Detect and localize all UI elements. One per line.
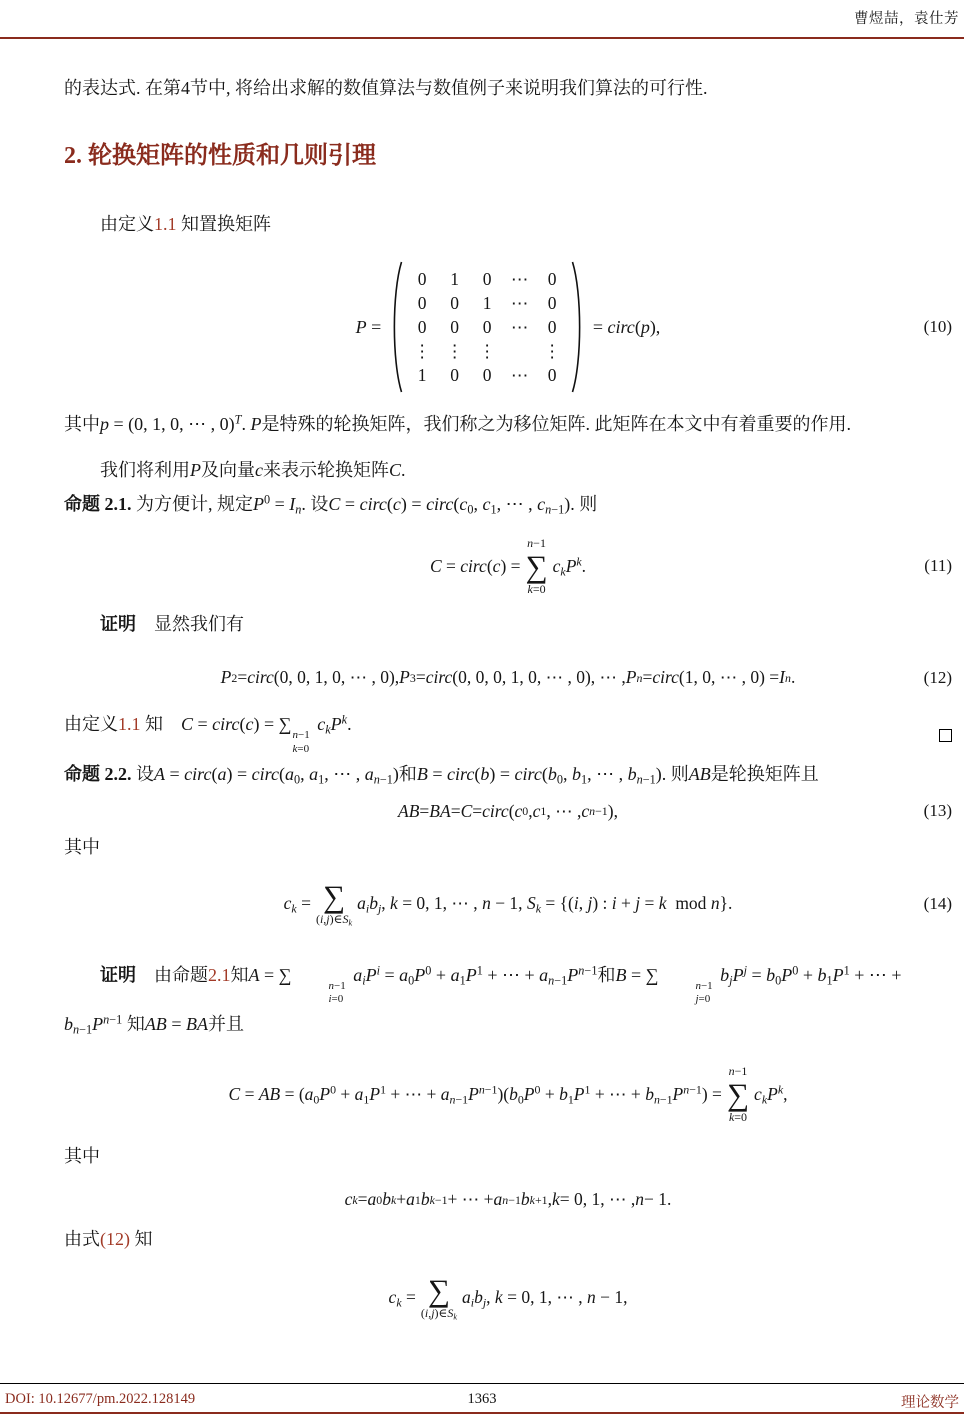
- matrix-cell: 0: [543, 291, 561, 315]
- sigma-symbol: ∑: [727, 1079, 749, 1110]
- matrix-cell: ⋮: [446, 339, 464, 363]
- matrix-cell: 0: [413, 267, 431, 291]
- matrix-cell: 1: [446, 267, 464, 291]
- matrix-cell: ⋯: [511, 363, 529, 387]
- equation-10: P = 010⋯0 001⋯0 000⋯0 ⋮⋮⋮⋮ 100⋯0 = circ(…: [64, 257, 952, 397]
- equation-12: P2 = circ(0, 0, 1, 0, ⋯ , 0), P3 = circ(…: [64, 667, 952, 688]
- sigma-symbol: ∑: [526, 551, 548, 582]
- equation-14-body: ck = ∑ (i,j)∈Sk aibj, k = 0, 1, ⋯ , n − …: [284, 881, 733, 926]
- matrix-cell: ⋯: [511, 291, 529, 315]
- equation-11-rhs: ckPk.: [553, 556, 586, 577]
- equation-label: (12): [924, 668, 952, 688]
- equation-11-body: C = circ(c) = n−1 ∑ k=0 ckPk.: [430, 536, 586, 596]
- authors-text: 曹煜喆，袁仕芳: [854, 7, 959, 28]
- paragraph-by-equation-12: 由式(12) 知: [64, 1222, 952, 1256]
- matrix-cell: 0: [543, 267, 561, 291]
- paragraph-where-p: 其中p = (0, 1, 0, ⋯ , 0)T. P是特殊的轮换矩阵，我们称之为…: [64, 407, 952, 441]
- matrix-cell: 0: [446, 363, 464, 387]
- matrix-cell: 0: [543, 363, 561, 387]
- big-sum: ∑ (i,j)∈Sk: [421, 1275, 457, 1320]
- equation-c-ab-lhs: C = AB = (a0P0 + a1P1 + ⋯ + an−1Pn−1)(b0…: [229, 1084, 722, 1105]
- equation-c-ab-rhs: ckPk,: [754, 1084, 787, 1105]
- sum-lower-limit: (i,j)∈Sk: [421, 1306, 457, 1320]
- matrix-cell: 1: [413, 363, 431, 387]
- matrix-cell: 0: [478, 363, 496, 387]
- equation-13-body: AB = BA = C = circ(c0, c1, ⋯ , cn−1),: [398, 801, 618, 822]
- matrix-cell: 1: [478, 291, 496, 315]
- equation-ck-sum-lhs: ck =: [389, 1287, 416, 1308]
- equation-label: (10): [924, 317, 952, 337]
- reference-link[interactable]: 1.1: [118, 714, 141, 734]
- sigma-symbol: ∑: [428, 1275, 450, 1306]
- matrix-cell: ⋮: [543, 339, 561, 363]
- page-content: 的表达式. 在第4节中, 将给出求解的数值算法与数值例子来说明我们算法的可行性.…: [0, 39, 964, 1330]
- paragraph-usage: 我们将利用P及向量c来表示轮换矩阵C.: [64, 453, 952, 487]
- proof-2-intro: 证明 由命题2.1知A = ∑n−1i=0 aiPi = a0P0 + a1P1…: [64, 958, 952, 1042]
- doi-link[interactable]: DOI: 10.12677/pm.2022.128149: [5, 1391, 195, 1408]
- equation-label: (11): [924, 556, 952, 576]
- intro-paragraph: 的表达式. 在第4节中, 将给出求解的数值算法与数值例子来说明我们算法的可行性.: [64, 71, 952, 105]
- equation-10-rhs: = circ(p),: [593, 317, 660, 338]
- equation-11: C = circ(c) = n−1 ∑ k=0 ckPk. (11): [64, 533, 952, 599]
- matrix-cell: 0: [446, 315, 464, 339]
- reference-link[interactable]: 1.1: [154, 214, 177, 234]
- equation-ck-expansion-body: ck = a0bk + a1bk−1 + ⋯ + an−1bk+1, k = 0…: [345, 1189, 672, 1210]
- page-footer: DOI: 10.12677/pm.2022.128149 1363 理论数学: [5, 1389, 959, 1411]
- matrix-cell: [511, 339, 529, 363]
- big-sum: n−1 ∑ k=0: [727, 1064, 749, 1124]
- qed-box: [939, 729, 952, 742]
- by-definition-text: 由定义1.1 知 C = circ(c) = ∑n−1k=0 ckPk.: [64, 710, 939, 757]
- equation-ck-sum-rhs: aibj, k = 0, 1, ⋯ , n − 1,: [462, 1287, 627, 1308]
- proposition-2-1: 命题 2.1. 为方便计, 规定P0 = In. 设C = circ(c) = …: [64, 487, 952, 521]
- equation-14-rhs: aibj, k = 0, 1, ⋯ , n − 1, Sk = {(i, j) …: [357, 893, 732, 914]
- page: 曹煜喆，袁仕芳 的表达式. 在第4节中, 将给出求解的数值算法与数值例子来说明我…: [0, 0, 964, 1414]
- matrix-cell: 0: [446, 291, 464, 315]
- sum-lower-limit: k=0: [729, 1110, 747, 1124]
- big-sum: ∑ (i,j)∈Sk: [316, 881, 352, 926]
- matrix-cell: 0: [413, 291, 431, 315]
- matrix-cell: 0: [413, 315, 431, 339]
- equation-c-ab: C = AB = (a0P0 + a1P1 + ⋯ + an−1Pn−1)(b0…: [64, 1061, 952, 1127]
- reference-link[interactable]: 2.1: [208, 965, 231, 985]
- equation-ck-sum-body: ck = ∑ (i,j)∈Sk aibj, k = 0, 1, ⋯ , n − …: [389, 1275, 628, 1320]
- equation-c-ab-body: C = AB = (a0P0 + a1P1 + ⋯ + an−1Pn−1)(b0…: [229, 1064, 788, 1124]
- where-label: 其中: [64, 1139, 952, 1173]
- sum-lower-limit: k=0: [528, 582, 546, 596]
- matrix-cell: 0: [543, 315, 561, 339]
- equation-ck-sum: ck = ∑ (i,j)∈Sk aibj, k = 0, 1, ⋯ , n − …: [64, 1266, 952, 1330]
- paragraph-by-definition: 由定义1.1 知 C = circ(c) = ∑n−1k=0 ckPk.: [64, 710, 952, 757]
- matrix-cell: ⋮: [413, 339, 431, 363]
- right-paren-icon: [570, 260, 586, 394]
- left-paren-icon: [388, 260, 404, 394]
- journal-name: 理论数学: [901, 1391, 959, 1412]
- sigma-symbol: ∑: [323, 881, 345, 912]
- equation-14: ck = ∑ (i,j)∈Sk aibj, k = 0, 1, ⋯ , n − …: [64, 872, 952, 936]
- equation-11-lhs: C = circ(c) =: [430, 556, 521, 577]
- section-heading: 2. 轮换矩阵的性质和几则引理: [64, 141, 952, 171]
- equation-13: AB = BA = C = circ(c0, c1, ⋯ , cn−1), (1…: [64, 801, 952, 822]
- footer-rule: [0, 1383, 964, 1384]
- matrix-cell: ⋯: [511, 267, 529, 291]
- equation-12-body: P2 = circ(0, 0, 1, 0, ⋯ , 0), P3 = circ(…: [221, 667, 796, 688]
- page-header: 曹煜喆，袁仕芳: [0, 0, 964, 38]
- page-number: 1363: [468, 1391, 497, 1408]
- where-label: 其中: [64, 830, 952, 864]
- proof-1-intro: 证明 显然我们有: [64, 607, 952, 641]
- equation-10-lhs: P =: [356, 317, 382, 338]
- big-sum: n−1 ∑ k=0: [526, 536, 548, 596]
- equation-label: (14): [924, 894, 952, 914]
- matrix-cell: ⋮: [478, 339, 496, 363]
- matrix-cell: 0: [478, 267, 496, 291]
- reference-link[interactable]: (12): [100, 1229, 130, 1249]
- equation-14-lhs: ck =: [284, 893, 311, 914]
- matrix-cell: 0: [478, 315, 496, 339]
- equation-label: (13): [924, 801, 952, 821]
- matrix: 010⋯0 001⋯0 000⋯0 ⋮⋮⋮⋮ 100⋯0: [411, 265, 563, 389]
- equation-10-body: P = 010⋯0 001⋯0 000⋯0 ⋮⋮⋮⋮ 100⋯0 = circ(…: [356, 260, 661, 394]
- paragraph-definition-ref: 由定义1.1 知置换矩阵: [64, 207, 952, 241]
- equation-ck-expansion: ck = a0bk + a1bk−1 + ⋯ + an−1bk+1, k = 0…: [64, 1189, 952, 1210]
- sum-lower-limit: (i,j)∈Sk: [316, 912, 352, 926]
- matrix-cell: ⋯: [511, 315, 529, 339]
- proposition-2-2: 命题 2.2. 设A = circ(a) = circ(a0, a1, ⋯ , …: [64, 757, 952, 791]
